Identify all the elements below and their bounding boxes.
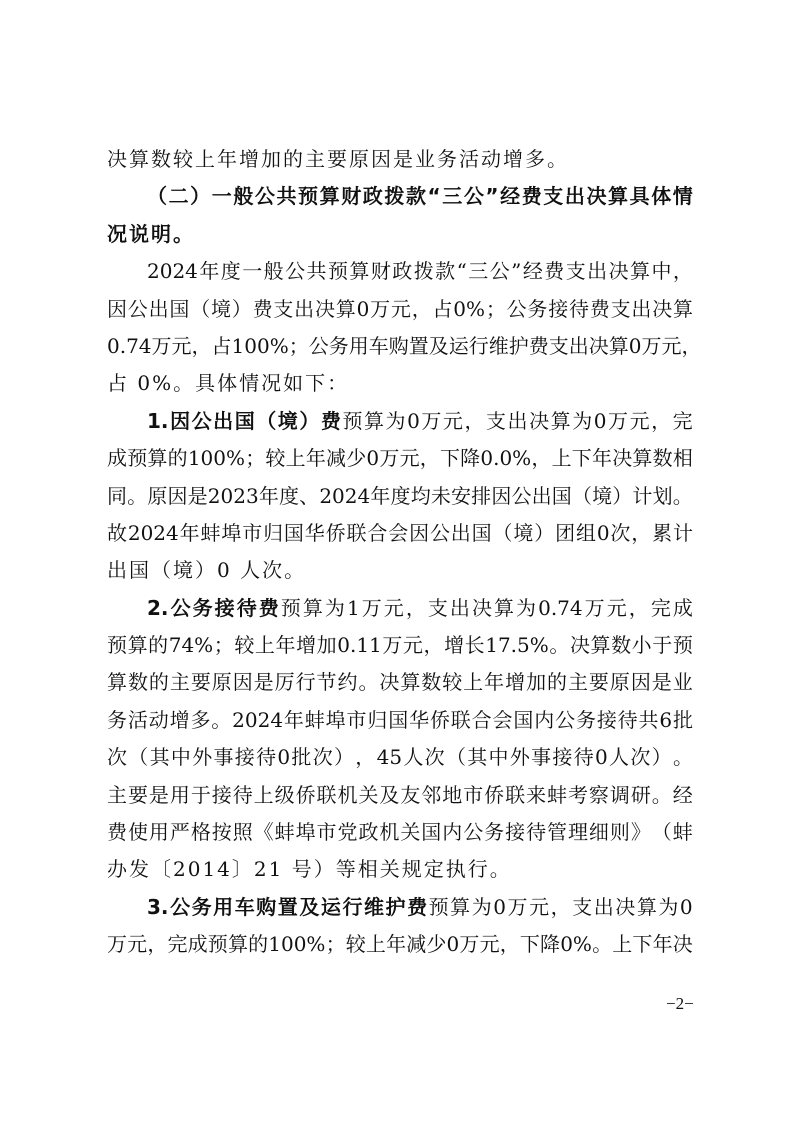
text-line: 万元，完成预算的100%；较上年减少0万元，下降0%。上下年决 — [107, 926, 693, 963]
text-line: 务活动增多。2024年蚌埠市归国华侨联合会国内公务接待共6批 — [107, 702, 693, 739]
text-line: 办发〔2014〕21 号）等相关规定执行。 — [107, 851, 693, 888]
text-line: 占 0%。具体情况如下： — [107, 365, 693, 402]
text-line: 2024年度一般公共预算财政拨款“三公”经费支出决算中， — [107, 253, 693, 290]
text-line: 故2024年蚌埠市归国华侨联合会因公出国（境）团组0次，累计 — [107, 515, 693, 552]
page-number: −2− — [666, 994, 694, 1014]
section-heading-cont: 况说明。 — [107, 216, 693, 253]
text-line: 因公出国（境）费支出决算0万元，占0%；公务接待费支出决算 — [107, 291, 693, 328]
section-heading: （二）一般公共预算财政拨款“三公”经费支出决算具体情 — [107, 178, 693, 215]
text-line: 成预算的100%；较上年减少0万元，下降0.0%，上下年决算数相 — [107, 440, 693, 477]
text-line: 同。原因是2023年度、2024年度均未安排因公出国（境）计划。 — [107, 478, 693, 515]
text-line: 预算的74%；较上年增加0.11万元，增长17.5%。决算数小于预 — [107, 627, 693, 664]
text-line: 出国（境）0 人次。 — [107, 552, 693, 589]
item-3-first-line: 3.公务用车购置及运行维护费预算为0万元，支出决算为0 — [107, 889, 693, 926]
document-page: 决算数较上年增加的主要原因是业务活动增多。 （二）一般公共预算财政拨款“三公”经… — [107, 141, 693, 964]
text-line: 决算数较上年增加的主要原因是业务活动增多。 — [107, 141, 693, 178]
text-line: 费使用严格按照《蚌埠市党政机关国内公务接待管理细则》（蚌 — [107, 814, 693, 851]
item-2-first-line: 2.公务接待费预算为1万元，支出决算为0.74万元，完成 — [107, 590, 693, 627]
text-line: 主要是用于接待上级侨联机关及友邻地市侨联来蚌考察调研。经 — [107, 777, 693, 814]
item-1-first-line: 1.因公出国（境）费预算为0万元，支出决算为0万元，完 — [107, 403, 693, 440]
text-line: 算数的主要原因是厉行节约。决算数较上年增加的主要原因是业 — [107, 664, 693, 701]
text-line: 次（其中外事接待0批次），45人次（其中外事接待0人次）。 — [107, 739, 693, 776]
text-line: 0.74万元，占100%；公务用车购置及运行维护费支出决算0万元， — [107, 328, 693, 365]
